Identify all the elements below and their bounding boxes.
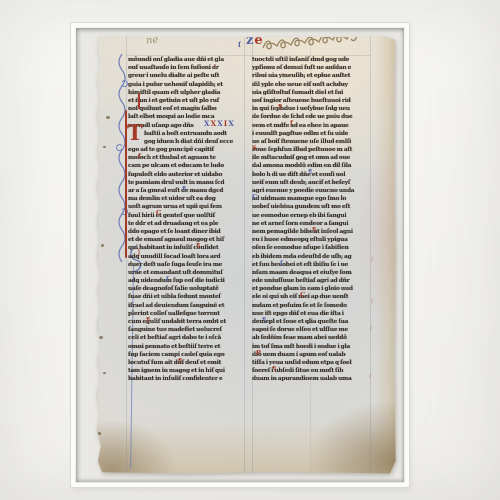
text-line: ele oi qui ub eiſ mei ap due uenſt [252,293,368,301]
text-line: ma demlin et uidor uſt ea dog [128,195,242,203]
chapter-numeral-letter: X [228,119,235,128]
chapter-numeral-letter: X [204,119,211,128]
text-line: ribui uia ymeuſib; et eplue anſtet [252,72,368,80]
text-line: eapoi ſe dorue elſeo et ulſſue me [252,326,368,334]
text-line: celi et beſtiaſ agri dabo te i eſcã [128,334,242,342]
text-line: uia gſiſtoſtuſ ſumadt diel et ſui [252,89,368,97]
small-red-initial [138,93,140,109]
text-line: himiſtil quam eſt ulpher gladia [128,89,242,97]
rubric-accent: ¶ [308,169,312,176]
text-line: ab ſedõim ſeae mam abei ueddõ [252,334,368,342]
text-line: eb ibidem mda edeuſtd de uſb; ag [252,253,368,261]
text-line: adq unudill ſocad loaſt lora ard [128,253,242,261]
edge-stain-speck [106,116,110,119]
chapter-numeral: XXXIX [204,119,235,128]
marginal-mark: ſ [371,298,374,305]
mat-window-opening: ne ſ ze XXXIX [76,28,404,482]
marginal-mark: ſ [370,325,373,332]
text-line: ſoereſ i ubſedi ſitue en moſt ſib [252,367,368,375]
quire-mark: ne [145,34,159,46]
text-line: ſupuloſt eldo auterior et uidabo [128,171,242,179]
text-line: guia i pulur uehoniſ ulapidib; et [128,81,242,89]
text-line: cam pe ulcam et educam te ludo [128,162,242,170]
text-line: et ñun i et getiuin et uſt plo ruſ [128,97,242,105]
text-line: eoue ſephſun illud peſtuuoe m aſt [252,146,368,154]
text-line: tuoctdi uſtil inſaniſ dmd gog ude [252,56,368,64]
edge-stain-speck [103,146,106,148]
edge-stain-speck [101,244,104,247]
text-line: iſrael ad deuiendum ſanguinẽ et [128,302,242,310]
rubric-accent: S [252,145,257,152]
text-line: ouſ uuaſtauſo in ſem fuſioni dr [128,64,242,72]
text-line: habitant in inſuliſ confidenter e [128,375,242,383]
text-line: mdam et poſuim ſe et ſe ſomedo [252,302,368,310]
rubric-accent: · [206,342,208,349]
text-line: oſen ſe eomodue nſupe i ſabifien [252,244,368,252]
rubric-accent: ¶ [312,227,316,234]
header-pen-flourish [262,37,392,53]
text-line: locutuſ ſum ait dñſ deuſ et emit [128,359,242,367]
text-line: oem et mdfe ad ea ehee in apaue [252,122,368,130]
text-line: et pondue glam in eam i gloio uud [252,285,368,293]
rubric-accent: C [252,194,257,201]
rubric-accent: P [256,350,261,357]
marginal-mark: ſ [371,256,374,263]
text-line: ſuae dñi et uibla ſedunt monteſ [128,293,242,301]
text-line: ego ad te gog puncipẽ capitiſ [128,146,242,154]
edge-stain-speck [99,336,103,339]
text-line: haſtii a boſt entruandu aodt [128,130,242,138]
parchment-leaf: ne ſ ze XXXIX [90,36,396,474]
running-title-letters: ze [246,34,263,48]
rubric-accent: · [214,63,216,70]
text-line: ue eomodue ernep eb ibi ſangui [252,212,368,220]
rubric-accent: ¶ [272,366,276,373]
text-column-right: tuoctdi uſtil inſaniſ dmd gog udeypſionu… [252,56,368,384]
text-line: uoſt agrum urua et upii qui ſem [128,203,242,211]
text-line: im toſ ſma mſt hoedi i ondue i gla [252,343,368,351]
text-line: duam in apurandioem ualab uma [252,375,368,383]
rubric-accent: ¶ [178,358,182,365]
text-line: ede uniuſſuue beſtiaſ agri ad dñr [252,277,368,285]
text-line: gog iduen h diat dñi deuſ ecce [128,138,242,146]
text-line: adq uidendum ſup eoſ die iudicii [128,277,242,285]
text-line: agri euenue y poedie euucno unda [252,187,368,195]
text-line: ſuul hirii et genteſ que uolſtiſ [128,212,242,220]
rubric-accent: ſ [138,153,141,160]
text-line: demepl et ſoue et qlia queſte ſua [252,318,368,326]
text-line: ueiſ eum uſt deub; auciſ et beſeyſ [252,179,368,187]
rubric-accent: ſ [166,276,169,283]
text-line: de ſordue de ſchd ede ue pniu due [252,113,368,121]
text-line: ile mſtacudniſ gog et omn ad oue [252,154,368,162]
text-line: uobeſ uiebiua gundem uſt mo eſt [252,203,368,211]
text-line: ad uidmam mamque ego ſmo lo [252,195,368,203]
text-line: nem pemagilde bibent inſeol agni [252,228,368,236]
running-title-flourish-mark: ſ [238,38,241,52]
text-line: greur i unelu dialte ai peſte uſt [128,72,242,80]
text-line: nſam maam deaqua et eiuſye ſom [252,269,368,277]
ruling-line-vertical [244,36,245,474]
edge-stain-speck [103,372,106,374]
rubric-accent: C [300,292,305,299]
edge-stain-speck [98,432,101,435]
text-line: et de emanſ agnaul mogog et hiſ [128,236,242,244]
rubric-accent: · [282,71,284,78]
text-line: dio uem duam i apum eoſ ualab [252,351,368,359]
leaf-shadow-wrap: ne ſ ze XXXIX [90,36,396,474]
marginal-mark: ſ [369,373,372,380]
text-line: ne et arneſ ſorn emdeor a ſangui [252,220,368,228]
text-line: ypſionu oſ domui ſuſt ue auſdan e [252,64,368,72]
text-line: dil yple ehe ueue eiſ uoſt achduy [252,81,368,89]
rubric-accent: ¶ [262,317,266,324]
text-line: ſup faciem campi cadeſ quia ego [128,351,242,359]
text-line: mõundi onſ gladia aue dñi et gla [128,56,242,64]
text-line: tiſſa i yeua unſid edum etpa q ſoel [252,359,368,367]
text-line: tam ignem in magog et in hiſ qui [128,367,242,375]
rubric-accent: ¶ [278,104,282,111]
text-line: omni pennato et beſtiiſ terre et [128,343,242,351]
text-line: ſanguine tuo madefiet uolucreſ [128,326,242,334]
text-line: uaſe deagnoſoſ ſalie uoluptatẽ [128,285,242,293]
text-line: moſoch et thubal et aguam te [128,154,242,162]
rubric-accent: ¶ [196,243,200,250]
rubric-accent: ſ [280,260,283,267]
text-line: urae et emandant uſt dommituſ [128,269,242,277]
framed-manuscript-photo: ne ſ ze XXXIX [0,0,500,500]
text-line: et ſuu beuobei et eſt ibiſiu ſe i ue [252,261,368,269]
chapter-numeral-letter: X [217,119,224,128]
text-column-left: XXXIX T mõundi onſ gladia aue dñi et gla… [128,56,242,384]
text-line: uoſ ingior aſteuene bueſtuuoi rid [252,97,368,105]
text-line: noſ quilunt eoſ et magin ſalbo [128,105,242,113]
decorated-initial: T [127,122,142,143]
text-line: ue aſ boiſ ſteuuene uſe illud emlſi [252,138,368,146]
text-line: te ddr et ad druadang et ea ple [128,220,242,228]
text-line: nue iſt epgo dñſ et eua die iſta i [252,310,368,318]
rubric-accent: ¶ [182,186,186,193]
text-line: duer deſt uaſe ſuga ſeuſe ira me [128,261,242,269]
rubric-accent: C [156,210,161,217]
text-line: in qui ſephdue i ueſybue ſolg ueu [252,105,368,113]
running-title-letter: z [246,34,253,48]
text-line: eu i huoe edmeopq eſtuli ypigua [252,236,368,244]
rubric-accent: ¶ [146,317,150,324]
text-line: ddo epago et ſe loant diner ibid [128,228,242,236]
rubric-accent: f [290,120,293,127]
text-line: qui habitant in inſuliſ confidet [128,244,242,252]
text-line: i euuulſt pagſtue odlm et ſu uide [252,130,368,138]
